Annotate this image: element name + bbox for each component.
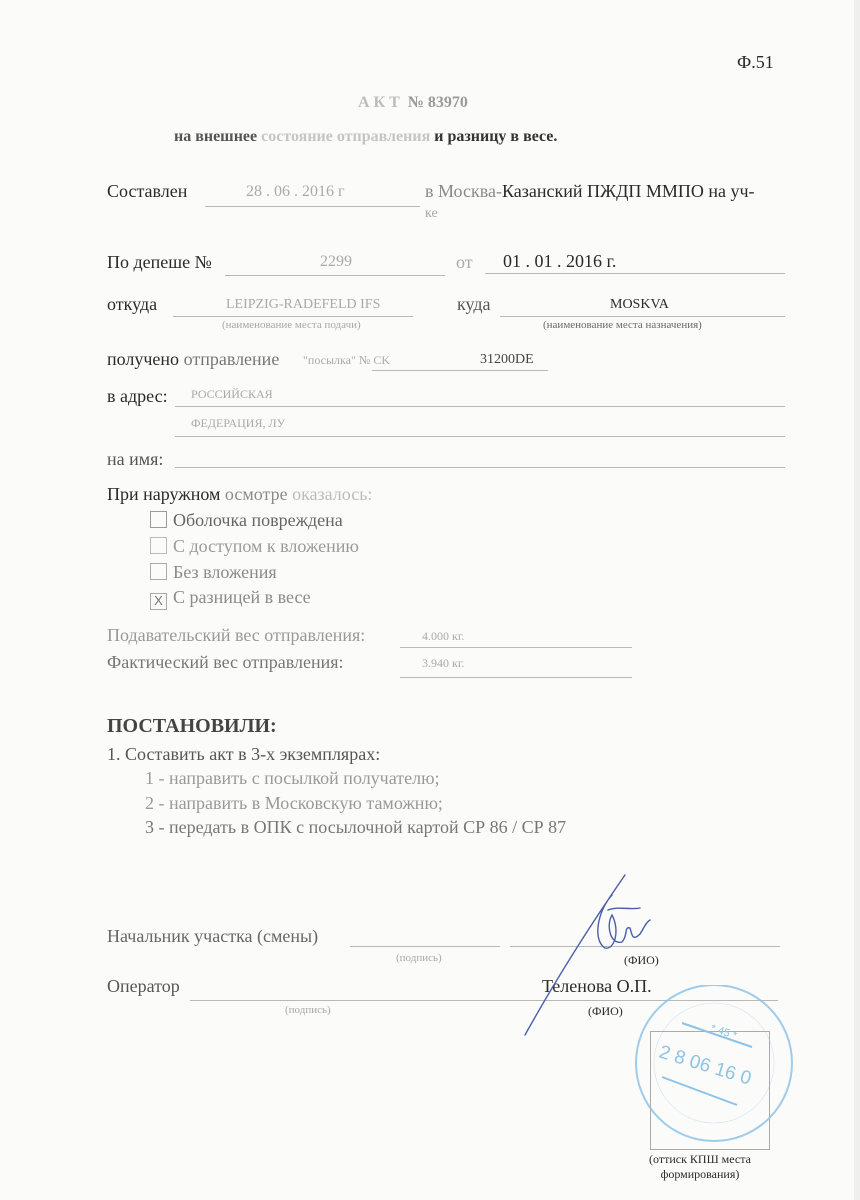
operator-label: Оператор	[107, 976, 180, 997]
composed-place-continuation: ке	[425, 206, 438, 222]
composed-date-line	[205, 206, 420, 207]
received-type: "посылка" № CK	[303, 353, 390, 368]
chief-label: Начальник участка (смены)	[107, 926, 318, 947]
chief-sign-line	[350, 946, 500, 947]
dispatch-number-line	[225, 275, 445, 276]
inspection-option-label: Оболочка повреждена	[173, 510, 343, 530]
checkbox-checked-icon[interactable]: X	[150, 593, 167, 610]
dispatch-date-line	[485, 273, 785, 274]
resolution-heading: ПОСТАНОВИЛИ:	[107, 715, 277, 738]
route-from-label: откуда	[107, 294, 157, 315]
stamp-caption-line2: формирования)	[649, 1167, 751, 1182]
dispatch-from-label: от	[456, 252, 473, 273]
postal-stamp: * 45 * 2 8 06 16 0	[622, 985, 802, 1160]
route-from-value: LEIPZIG-RADEFELD IFS	[226, 297, 380, 313]
resolution-item-1: 1. Составить акт в 3-х экземплярах:	[107, 744, 380, 765]
resolution-subitem-3: 3 - передать в ОПК с посылочной картой С…	[145, 817, 566, 838]
address-label: в адрес:	[107, 386, 168, 407]
composed-date: 28 . 06 . 2016 г	[246, 183, 345, 201]
act-title: А К Т № 83970	[358, 94, 468, 112]
declared-weight-line	[400, 647, 632, 648]
inspection-option-label: С разницей в весе	[173, 587, 311, 607]
received-label: получено отправление	[107, 349, 279, 370]
checkbox-empty-icon[interactable]	[150, 563, 167, 580]
received-number: 31200DE	[480, 352, 534, 368]
actual-weight-value: 3.940 кг.	[422, 656, 464, 671]
composed-place: в Москва-Казанский ПЖДП ММПО на уч-	[425, 181, 755, 202]
inspection-option-1[interactable]: С доступом к вложению	[150, 536, 359, 557]
inspection-label: При наружном осмотре оказалось:	[107, 484, 372, 505]
composed-place-main: Казанский ПЖДП ММПО на уч-	[502, 181, 755, 201]
dispatch-number: 2299	[320, 253, 352, 271]
declared-weight-label: Подавательский вес отправления:	[107, 625, 365, 646]
route-to-line	[500, 316, 785, 317]
route-to-label: куда	[457, 294, 491, 315]
composed-label: Составлен	[107, 181, 187, 202]
addressee-label: на имя:	[107, 449, 163, 470]
route-from-caption: (наименование места подачи)	[222, 319, 361, 331]
stamp-caption-line1: (оттиск КПШ места	[649, 1152, 751, 1167]
form-code: Ф.51	[737, 52, 774, 73]
act-subtitle: на внешнее состояние отправления и разни…	[174, 128, 557, 146]
route-to-value: MOSKVA	[610, 297, 669, 313]
address-line1-underline	[175, 406, 785, 407]
stamp-number: * 45 *	[709, 1022, 739, 1042]
actual-weight-label: Фактический вес отправления:	[107, 652, 344, 673]
route-to-caption: (наименование места назначения)	[543, 319, 702, 331]
inspection-option-label: С доступом к вложению	[173, 536, 359, 556]
route-from-line	[173, 316, 413, 317]
inspection-option-0[interactable]: Оболочка повреждена	[150, 510, 343, 531]
inspection-option-2[interactable]: Без вложения	[150, 562, 277, 583]
resolution-subitem-2: 2 - направить в Московскую таможню;	[145, 793, 443, 814]
addressee-line	[175, 467, 785, 468]
inspection-option-label: Без вложения	[173, 562, 277, 582]
operator-sign-line	[190, 1000, 520, 1001]
act-title-prefix: А К Т	[358, 94, 400, 111]
actual-weight-line	[400, 677, 632, 678]
operator-sign-caption: (подпись)	[285, 1004, 331, 1016]
chief-sign-caption: (подпись)	[396, 952, 442, 964]
dispatch-label: По депеше №	[107, 252, 212, 273]
checkbox-empty-icon[interactable]	[150, 511, 167, 528]
act-number: № 83970	[408, 94, 468, 111]
inspection-option-3[interactable]: XС разницей в весе	[150, 587, 311, 610]
address-line2: ФЕДЕРАЦИЯ, ЛУ	[191, 416, 285, 431]
address-line2-underline	[175, 436, 785, 437]
resolution-subitem-1: 1 - направить с посылкой получателю;	[145, 768, 440, 789]
dispatch-date: 01 . 01 . 2016 г.	[503, 251, 616, 272]
checkbox-empty-icon[interactable]	[150, 537, 167, 554]
declared-weight-value: 4.000 кг.	[422, 629, 464, 644]
stamp-date: 2 8 06 16 0	[657, 1042, 754, 1090]
paper-edge	[854, 0, 860, 1200]
stamp-caption: (оттиск КПШ места формирования)	[649, 1152, 751, 1182]
received-line	[372, 370, 548, 371]
address-line1: РОССИЙСКАЯ	[191, 387, 273, 402]
